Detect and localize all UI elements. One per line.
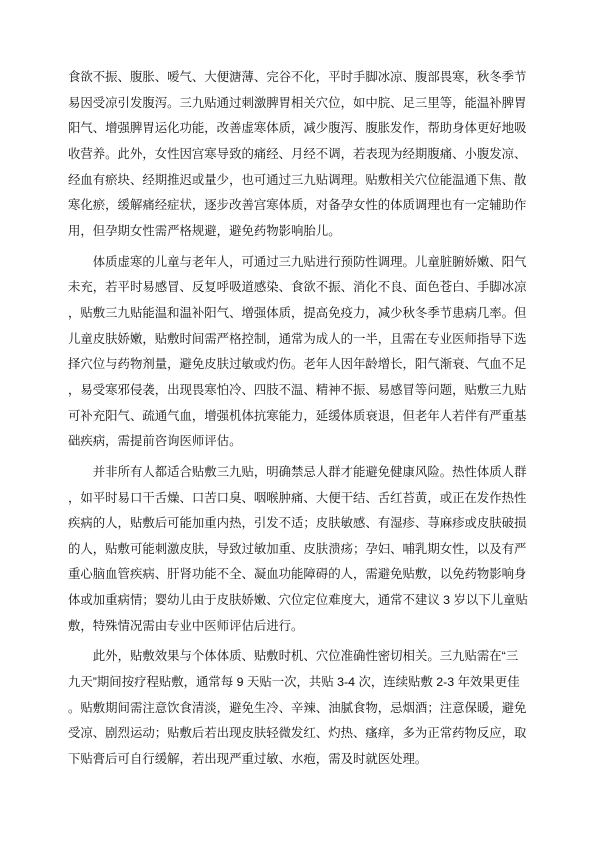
document-body: 食欲不振、腹胀、嗳气、大便溏薄、完谷不化，平时手脚冰凉、腹部畏寒，秋冬季节易因受… [68, 65, 528, 778]
paragraph: 体质虚寒的儿童与老年人，可通过三九贴进行预防性调理。儿童脏腑娇嫩、阳气未充，若平… [68, 250, 528, 455]
paragraph: 此外，贴敷效果与个体体质、贴敷时机、穴位准确性密切相关。三九贴需在“三九天”期间… [68, 644, 528, 772]
paragraph: 食欲不振、腹胀、嗳气、大便溏薄、完谷不化，平时手脚冰凉、腹部畏寒，秋冬季节易因受… [68, 65, 528, 245]
paragraph: 并非所有人都适合贴敷三九贴，明确禁忌人群才能避免健康风险。热性体质人群，如平时易… [68, 460, 528, 640]
document-page: 食欲不振、腹胀、嗳气、大便溏薄、完谷不化，平时手脚冰凉、腹部畏寒，秋冬季节易因受… [0, 0, 595, 842]
